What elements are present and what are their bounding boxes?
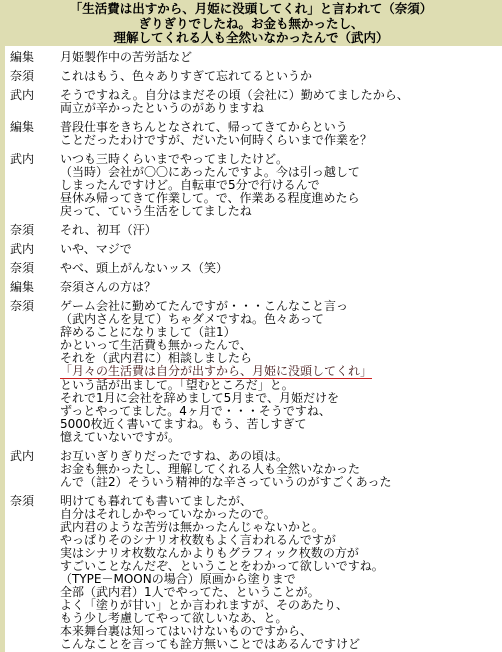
speaker-label: 武内 [10, 153, 60, 218]
dialogue-line: こんなことを言っても詮方無いことではあるんですけど [60, 638, 502, 651]
dialogue-lines: いつも三時くらいまでやってましたけど。（当時）会社が〇〇にあったんですよ。今は引… [60, 153, 502, 218]
speaker-label: 奈須 [10, 224, 60, 237]
speaker-label: 武内 [10, 450, 60, 489]
dialogue-line: んで（註2）そういう精神的な辛さっていうのがすごくあった [60, 476, 502, 489]
dialogue-row: 奈須やべ、頭上がんないッス（笑） [10, 262, 502, 275]
dialogue-row: 編集月姫製作中の苦労話など [10, 51, 502, 64]
dialogue-row: 武内お互いぎりぎりだったですね、あの頃は。お金も無かったし、理解してくれる人も全… [10, 450, 502, 489]
speaker-label: 奈須 [10, 300, 60, 444]
dialogue-lines: やべ、頭上がんないッス（笑） [60, 262, 502, 275]
speaker-label: 武内 [10, 89, 60, 115]
dialogue-line: 両立が辛かったというのがありますね [60, 102, 502, 115]
dialogue-lines: それ、初耳（汗） [60, 224, 502, 237]
dialogue-line: やべ、頭上がんないッス（笑） [60, 262, 502, 275]
title-line-1: 「生活費は出すから、月姫に没頭してくれ」と言われて（奈須） [0, 2, 502, 17]
title-line-3: 理解してくれる人も全然いなかったんで（武内） [0, 31, 502, 46]
dialogue-row: 編集奈須さんの方は？ [10, 281, 502, 294]
dialogue-line: 憶えていないですが。 [60, 431, 502, 444]
speaker-label: 武内 [10, 243, 60, 256]
dialogue-lines: お互いぎりぎりだったですね、あの頃は。お金も無かったし、理解してくれる人も全然い… [60, 450, 502, 489]
dialogue-transcript: 編集月姫製作中の苦労話など奈須これはもう、色々ありすぎて忘れてるというか武内そう… [0, 46, 502, 651]
dialogue-line: 月姫製作中の苦労話など [60, 51, 502, 64]
dialogue-row: 奈須ゲーム会社に勤めてたんですが・・・こんなこと言っ（武内さんを見て）ちゃダメで… [10, 300, 502, 444]
dialogue-row: 武内いつも三時くらいまでやってましたけど。（当時）会社が〇〇にあったんですよ。今… [10, 153, 502, 218]
speaker-label: 奈須 [10, 495, 60, 651]
dialogue-lines: 月姫製作中の苦労話など [60, 51, 502, 64]
dialogue-line: 戻って、ていう生活をしてましたね [60, 205, 502, 218]
dialogue-row: 武内そうですねえ。自分はまだその頃（会社に）勤めてましたから、両立が辛かったとい… [10, 89, 502, 115]
dialogue-lines: これはもう、色々ありすぎて忘れてるというか [60, 70, 502, 83]
title-line-2: ぎりぎりでしたね。お金も無かったし、 [0, 17, 502, 32]
dialogue-row: 編集普段仕事をきちんとなされて、帰ってきてからということだったわけですが、だいた… [10, 121, 502, 147]
dialogue-line: 奈須さんの方は？ [60, 281, 502, 294]
dialogue-lines: いや、マジで [60, 243, 502, 256]
page-title-banner: 「生活費は出すから、月姫に没頭してくれ」と言われて（奈須） ぎりぎりでしたね。お… [0, 0, 502, 46]
highlighted-quote-text: 「月々の生活費は自分が出すから、月姫に没頭してくれ」 [60, 365, 372, 379]
dialogue-lines: ゲーム会社に勤めてたんですが・・・こんなこと言っ（武内さんを見て）ちゃダメですね… [60, 300, 502, 444]
highlighted-quote: 「月々の生活費は自分が出すから、月姫に没頭してくれ」 [60, 365, 502, 379]
dialogue-row: 奈須それ、初耳（汗） [10, 224, 502, 237]
dialogue-row: 武内いや、マジで [10, 243, 502, 256]
speaker-label: 奈須 [10, 262, 60, 275]
dialogue-line: いや、マジで [60, 243, 502, 256]
dialogue-lines: そうですねえ。自分はまだその頃（会社に）勤めてましたから、両立が辛かったというの… [60, 89, 502, 115]
dialogue-lines: 明けても暮れても書いてましたが、自分はそれしかやっていなかったので。武内君のよう… [60, 495, 502, 651]
speaker-label: 編集 [10, 51, 60, 64]
dialogue-row: 奈須明けても暮れても書いてましたが、自分はそれしかやっていなかったので。武内君の… [10, 495, 502, 651]
dialogue-line: これはもう、色々ありすぎて忘れてるというか [60, 70, 502, 83]
dialogue-row: 奈須これはもう、色々ありすぎて忘れてるというか [10, 70, 502, 83]
dialogue-lines: 普段仕事をきちんとなされて、帰ってきてからということだったわけですが、だいたい何… [60, 121, 502, 147]
speaker-label: 編集 [10, 281, 60, 294]
dialogue-line: それ、初耳（汗） [60, 224, 502, 237]
dialogue-lines: 奈須さんの方は？ [60, 281, 502, 294]
dialogue-line: ことだったわけですが、だいたい何時くらいまで作業を？ [60, 134, 502, 147]
speaker-label: 奈須 [10, 70, 60, 83]
left-margin-strip [0, 46, 5, 652]
speaker-label: 編集 [10, 121, 60, 147]
